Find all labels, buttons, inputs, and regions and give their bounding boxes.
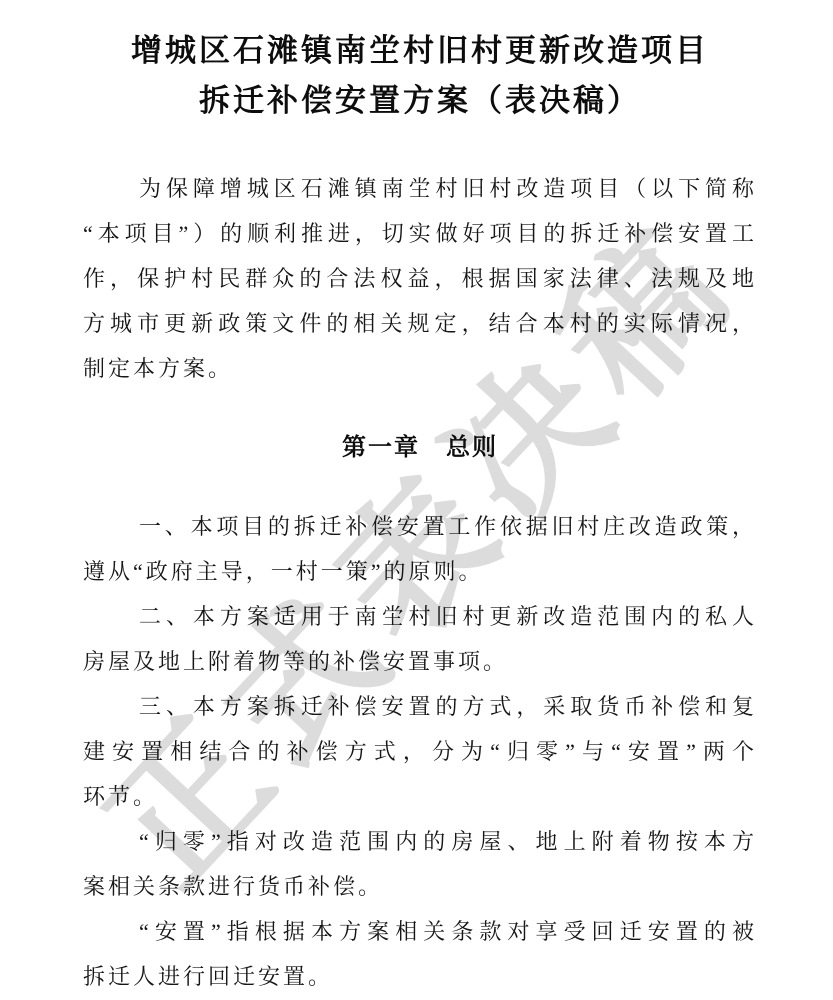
paragraph-guiling-definition: “归零”指对改造范围内的房屋、地上附着物按本方 案相关条款进行货币补偿。	[83, 819, 757, 909]
text-line: 建安置相结合的补偿方式，分为“归零”与“安置”两个	[83, 729, 757, 774]
text-line: 三、本方案拆迁补偿安置的方式，采取货币补偿和复	[83, 684, 757, 729]
title-line-2: 拆迁补偿安置方案（表决稿）	[83, 76, 757, 126]
text-line: “本项目”）的顺利推进，切实做好项目的拆迁补偿安置工	[83, 211, 757, 256]
paragraph-article-2: 二、本方案适用于南坣村旧村更新改造范围内的私人 房屋及地上附着物等的补偿安置事项…	[83, 594, 757, 684]
intro-paragraph: 为保障增城区石滩镇南坣村旧村改造项目（以下简称 “本项目”）的顺利推进，切实做好…	[83, 166, 757, 391]
text-line: “安置”指根据本方案相关条款对享受回迁安置的被	[83, 909, 757, 954]
text-line: 二、本方案适用于南坣村旧村更新改造范围内的私人	[83, 594, 757, 639]
text-line: 遵从“政府主导，一村一策”的原则。	[83, 549, 757, 594]
document-title: 增城区石滩镇南坣村旧村更新改造项目 拆迁补偿安置方案（表决稿）	[83, 26, 757, 126]
text-line: “归零”指对改造范围内的房屋、地上附着物按本方	[83, 819, 757, 864]
text-line: 制定本方案。	[83, 346, 757, 391]
text-line: 拆迁人进行回迁安置。	[83, 954, 757, 999]
chapter-1-heading: 第一章 总则	[83, 425, 757, 470]
text-line: 方城市更新政策文件的相关规定，结合本村的实际情况，	[83, 301, 757, 346]
document-content: 增城区石滩镇南坣村旧村更新改造项目 拆迁补偿安置方案（表决稿） 为保障增城区石滩…	[0, 0, 833, 999]
document-page: 正式表决稿 增城区石滩镇南坣村旧村更新改造项目 拆迁补偿安置方案（表决稿） 为保…	[0, 0, 833, 1000]
text-line: 作，保护村民群众的合法权益，根据国家法律、法规及地	[83, 256, 757, 301]
text-line: 一、本项目的拆迁补偿安置工作依据旧村庄改造政策，	[83, 504, 757, 549]
text-line: 环节。	[83, 774, 757, 819]
chapter-1-body: 一、本项目的拆迁补偿安置工作依据旧村庄改造政策， 遵从“政府主导，一村一策”的原…	[83, 504, 757, 999]
text-line: 为保障增城区石滩镇南坣村旧村改造项目（以下简称	[83, 166, 757, 211]
title-line-1: 增城区石滩镇南坣村旧村更新改造项目	[83, 26, 757, 76]
text-line: 房屋及地上附着物等的补偿安置事项。	[83, 639, 757, 684]
text-line: 案相关条款进行货币补偿。	[83, 864, 757, 909]
paragraph-article-1: 一、本项目的拆迁补偿安置工作依据旧村庄改造政策， 遵从“政府主导，一村一策”的原…	[83, 504, 757, 594]
paragraph-article-3: 三、本方案拆迁补偿安置的方式，采取货币补偿和复 建安置相结合的补偿方式，分为“归…	[83, 684, 757, 819]
paragraph-anzhi-definition: “安置”指根据本方案相关条款对享受回迁安置的被 拆迁人进行回迁安置。	[83, 909, 757, 999]
